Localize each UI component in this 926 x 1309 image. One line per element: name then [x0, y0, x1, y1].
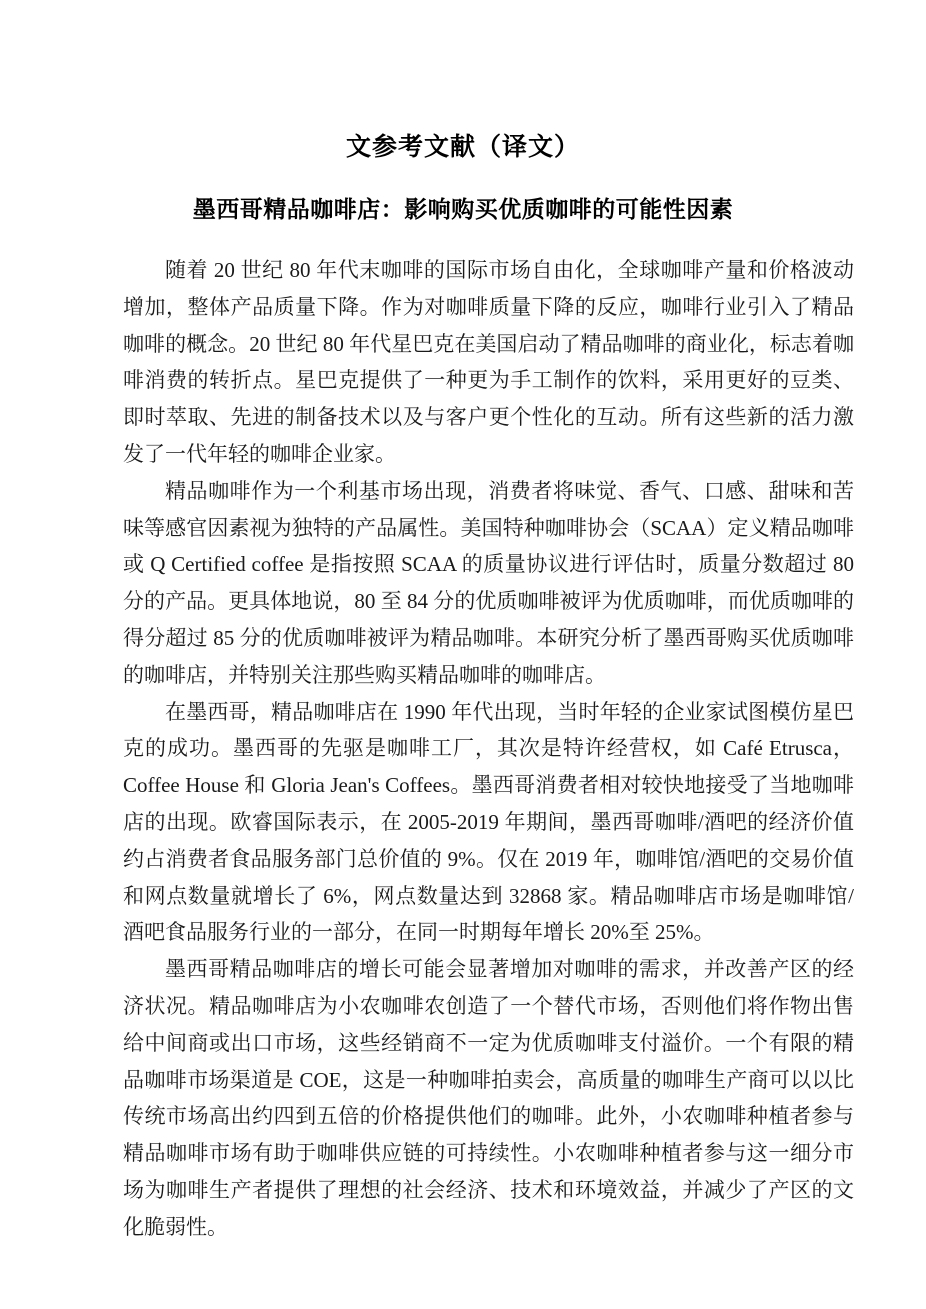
- document-title: 文参考文献（译文）: [0, 0, 926, 162]
- paragraph-intro-liberalization: 随着 20 世纪 80 年代末咖啡的国际市场自由化，全球咖啡产量和价格波动增加，…: [123, 252, 854, 473]
- document-subtitle: 墨西哥精品咖啡店：影响购买优质咖啡的可能性因素: [0, 162, 926, 222]
- paragraph-mexico-market: 在墨西哥，精品咖啡店在 1990 年代出现，当时年轻的企业家试图模仿星巴克的成功…: [123, 694, 854, 952]
- paragraph-growth-impact: 墨西哥精品咖啡店的增长可能会显著增加对咖啡的需求，并改善产区的经济状况。精品咖啡…: [123, 951, 854, 1245]
- document-page: 文参考文献（译文） 墨西哥精品咖啡店：影响购买优质咖啡的可能性因素 随着 20 …: [0, 0, 926, 1309]
- paragraph-specialty-definition: 精品咖啡作为一个利基市场出现，消费者将味觉、香气、口感、甜味和苦味等感官因素视为…: [123, 473, 854, 694]
- document-body: 随着 20 世纪 80 年代末咖啡的国际市场自由化，全球咖啡产量和价格波动增加，…: [123, 252, 854, 1246]
